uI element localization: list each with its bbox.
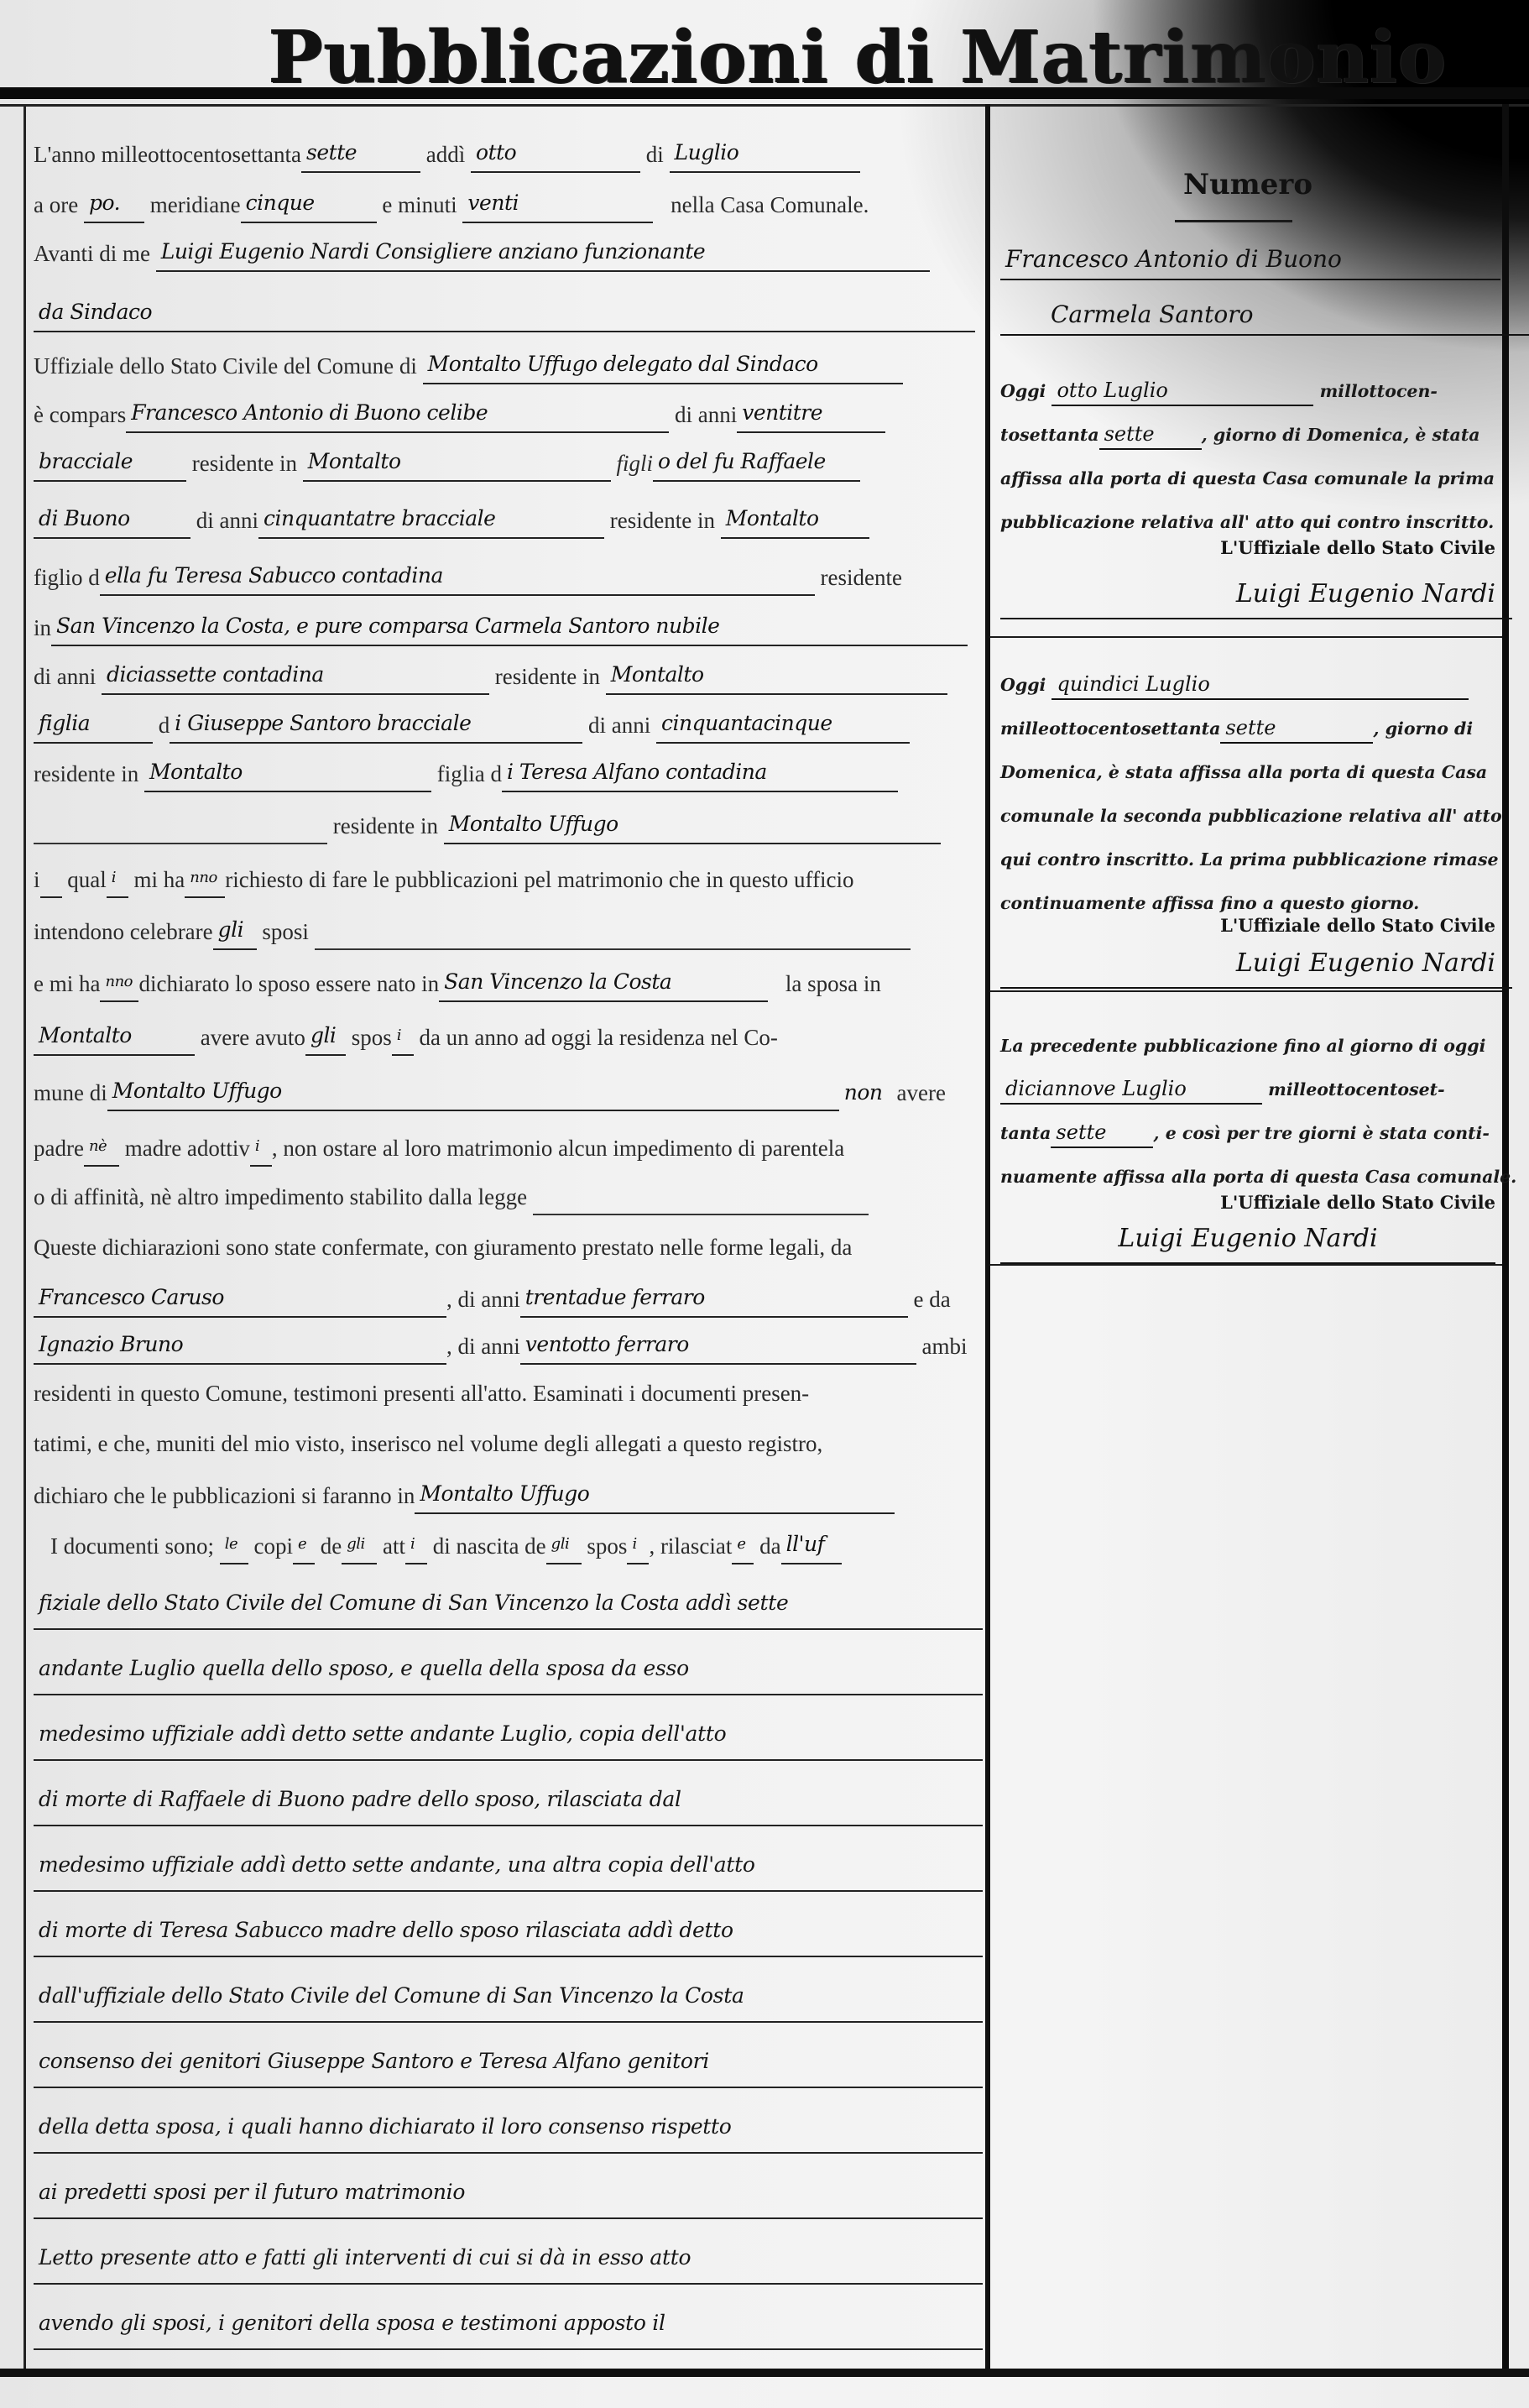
- blank-fill: [34, 817, 327, 844]
- printed-text: , di anni: [446, 1281, 520, 1318]
- second-publication-line-5: qui contro inscritto. La prima pubblicaz…: [1000, 838, 1495, 881]
- handwritten-suffix: nno: [185, 859, 225, 898]
- handwritten-bride-mother: i Teresa Alfano contadina: [502, 754, 898, 792]
- printed-text: di anni: [675, 396, 737, 433]
- handwritten-second-publication-date: quindici Luglio: [1052, 670, 1469, 700]
- printed-text: avere avuto: [201, 1019, 305, 1056]
- printed-text: meridiane: [150, 186, 241, 223]
- printed-text: , rilasciat: [649, 1528, 732, 1564]
- handwritten-father-surname: di Buono: [34, 500, 190, 539]
- handwritten-father-residence: Montalto: [721, 500, 869, 539]
- handwritten-article: gli: [213, 911, 257, 950]
- handwritten-suffix: e: [732, 1526, 754, 1564]
- printed-text: copi: [253, 1528, 293, 1564]
- handwritten-non: non: [839, 1074, 891, 1111]
- form-line-adoptive: padrenè madre adottivi, non ostare al lo…: [34, 1128, 978, 1165]
- handwritten-issuer: ll'uf: [781, 1526, 842, 1564]
- form-line-officer: Avanti di me Luigi Eugenio Nardi Consigl…: [34, 233, 978, 270]
- printed-text: mi ha: [134, 861, 185, 898]
- printed-text: di nascita de: [433, 1528, 546, 1564]
- printed-text: Avanti di me: [34, 235, 150, 272]
- handwritten-hour-period: po.: [84, 185, 144, 223]
- top-rule-thin: [0, 104, 1529, 107]
- handwritten-witness-2-name: Ignazio Bruno: [34, 1326, 446, 1365]
- handwritten-minutes: venti: [462, 185, 653, 223]
- form-line-father-age: di Buono di annicinquantatre bracciale r…: [34, 500, 978, 537]
- form-line-officer-cont: da Sindaco: [34, 294, 978, 331]
- handwritten-row: Letto presente atto e fatti gli interven…: [34, 2233, 983, 2285]
- form-line-groom: è comparsFrancesco Antonio di Buono celi…: [34, 394, 978, 431]
- handwritten-bride-birthplace: Montalto: [34, 1017, 195, 1056]
- handwritten-father-age: cinquantatre bracciale: [258, 500, 604, 539]
- printed-text: e minuti: [382, 186, 457, 223]
- officer-signature: Luigi Eugenio Nardi: [1000, 1215, 1495, 1264]
- printed-text: spos: [587, 1528, 627, 1564]
- handwritten-suffix: le: [220, 1526, 248, 1564]
- form-line-publication-place: dichiaro che le pubblicazioni si faranno…: [34, 1476, 978, 1512]
- printed-text: mune di: [34, 1074, 107, 1111]
- blank-fill: [315, 923, 911, 950]
- handwritten-suffix: i: [392, 1017, 414, 1056]
- officer-signature: Luigi Eugenio Nardi: [1000, 940, 1512, 989]
- form-line-mother: figlio della fu Teresa Sabucco contadina…: [34, 557, 978, 594]
- printed-text: I documenti sono;: [50, 1528, 214, 1564]
- officer-label: L'Uffiziale dello Stato Civile: [1000, 1192, 1529, 1213]
- handwritten-article: gli: [305, 1017, 346, 1056]
- right-frame-border: [1502, 104, 1509, 2370]
- form-line-documents-examined: tatimi, e che, muniti del mio visto, ins…: [34, 1425, 978, 1462]
- handwritten-witness-1-age: trentadue ferraro: [520, 1279, 908, 1318]
- handwritten-bride-name: San Vincenzo la Costa, e pure comparsa C…: [51, 608, 968, 646]
- handwritten-groom-name: Francesco Antonio di Buono celibe: [126, 394, 669, 433]
- form-line-birthplace: e mi hannodichiarato lo sposo essere nat…: [34, 964, 978, 1000]
- printed-text: , e così per tre giorni è stata conti-: [1153, 1123, 1489, 1143]
- handwritten-row: fiziale dello Stato Civile del Comune di…: [34, 1578, 983, 1630]
- printed-text: residenti in questo Comune, testimoni pr…: [34, 1375, 809, 1412]
- printed-text: residente in: [192, 445, 297, 482]
- form-line-bride-age: di anni diciassette contadina residente …: [34, 656, 978, 693]
- handwritten-comune: Montalto Uffugo delegato dal Sindaco: [423, 346, 903, 384]
- printed-text: addì: [426, 136, 466, 173]
- printed-text: e mi ha: [34, 965, 100, 1002]
- printed-text: tosettanta: [1000, 425, 1099, 445]
- section-divider: [990, 1264, 1502, 1266]
- handwritten-bride-mother-residence: Montalto Uffugo: [444, 806, 941, 844]
- printed-text: att: [383, 1528, 405, 1564]
- printed-text: intendono celebrare: [34, 913, 213, 950]
- printed-text: figlio d: [34, 559, 100, 596]
- handwritten-row: ai predetti sposi per il futuro matrimon…: [34, 2167, 983, 2219]
- printed-text: dichiaro che le pubblicazioni si faranno…: [34, 1477, 415, 1514]
- printed-text: padre: [34, 1130, 84, 1167]
- second-publication-line-2: milleottocentosettantasette, giorno di: [1000, 707, 1495, 750]
- handwritten-groom-mother: ella fu Teresa Sabucco contadina: [100, 557, 815, 596]
- handwritten-final-date: diciannove Luglio: [1000, 1074, 1262, 1105]
- printed-text: de: [321, 1528, 342, 1564]
- handwritten-suffix: [40, 896, 62, 898]
- number-underline: [1175, 220, 1292, 222]
- final-note-line-3: tantasette, e così per tre giorni è stat…: [1000, 1111, 1495, 1155]
- printed-text: e da: [914, 1281, 951, 1318]
- form-line-witness-1: Francesco Caruso, di annitrentadue ferra…: [34, 1279, 978, 1316]
- printed-text: a ore: [34, 186, 78, 223]
- handwritten-second-publication-year: sette: [1220, 713, 1373, 744]
- printed-text: madre adottiv: [125, 1130, 250, 1167]
- printed-text: d: [159, 707, 170, 744]
- handwritten-bride-father-age: cinquantacinque: [656, 705, 910, 744]
- final-note-line-2: diciannove Luglio milleottocentoset-: [1000, 1068, 1495, 1111]
- handwritten-bride-father: i Giuseppe Santoro bracciale: [170, 705, 582, 744]
- printed-text: è compars: [34, 396, 126, 433]
- handwritten-suffix: i: [627, 1526, 649, 1564]
- printed-text: spos: [352, 1019, 392, 1056]
- printed-text: da: [759, 1528, 780, 1564]
- printed-text: figli: [616, 445, 653, 482]
- printed-text: di anni: [196, 502, 258, 539]
- officer-signature: Luigi Eugenio Nardi: [1000, 571, 1512, 619]
- section-divider: [990, 990, 1502, 992]
- final-note-line-1: La precedente pubblicazione fino al gior…: [1000, 1024, 1495, 1068]
- printed-text: richiesto di fare le pubblicazioni pel m…: [225, 861, 853, 898]
- handwritten-row: di morte di Teresa Sabucco madre dello s…: [34, 1905, 983, 1957]
- left-frame-border: [23, 104, 26, 2370]
- record-number: Numero: [1000, 168, 1495, 201]
- officer-label: L'Uffiziale dello Stato Civile: [1000, 915, 1529, 936]
- printed-text: residente in: [495, 658, 600, 695]
- handwritten-officer-name: Luigi Eugenio Nardi Consigliere anziano …: [156, 233, 930, 272]
- handwritten-groom-age: ventitre: [737, 394, 885, 433]
- handwritten-residence-comune: Montalto Uffugo: [107, 1073, 839, 1111]
- printed-text: ambi: [922, 1328, 968, 1365]
- printed-text: nella Casa Comunale.: [671, 186, 869, 223]
- printed-text: residente in: [333, 807, 438, 844]
- form-line-affinity: o di affinità, nè altro impedimento stab…: [34, 1178, 978, 1215]
- second-publication-line-4: comunale la seconda pubblicazione relati…: [1000, 794, 1495, 838]
- handwritten-suffix: gli: [342, 1526, 377, 1564]
- handwritten-publication-place: Montalto Uffugo: [415, 1476, 895, 1514]
- printed-text: residente in: [34, 755, 138, 792]
- form-line-bride-mother-residence: residente in Montalto Uffugo: [34, 806, 978, 843]
- handwritten-bride-residence: Montalto: [606, 656, 947, 695]
- handwritten-final-year: sette: [1051, 1118, 1153, 1148]
- form-line-residence-year: Montalto avere avutogli sposi da un anno…: [34, 1017, 978, 1054]
- handwritten-groom-birthplace: San Vincenzo la Costa: [439, 964, 768, 1002]
- second-publication-line-1: Oggi quindici Luglio: [1000, 663, 1495, 707]
- printed-text: , giorno di: [1373, 718, 1473, 739]
- section-divider: [990, 636, 1502, 638]
- form-line-bride-father: figlia di Giuseppe Santoro bracciale di …: [34, 705, 978, 742]
- handwritten-ne: nè: [84, 1128, 119, 1167]
- form-line-comune-residence: mune diMontalto Uffugonon avere: [34, 1073, 978, 1110]
- handwritten-row: andante Luglio quella dello sposo, e que…: [34, 1643, 983, 1695]
- handwritten-row: della detta sposa, i quali hanno dichiar…: [34, 2102, 983, 2154]
- printed-text: qual: [67, 861, 107, 898]
- handwritten-first-publication-date: otto Luglio: [1052, 376, 1313, 406]
- handwritten-witness-1-name: Francesco Caruso: [34, 1279, 446, 1318]
- printed-text: Queste dichiarazioni sono state conferma…: [34, 1229, 852, 1266]
- printed-text: millottocen-: [1320, 381, 1438, 401]
- blank-fill: [533, 1188, 869, 1215]
- printed-text: milleottocentoset-: [1268, 1079, 1445, 1100]
- handwritten-bride-age: diciassette contadina: [102, 656, 489, 695]
- officer-label: L'Uffiziale dello Stato Civile: [1000, 537, 1529, 558]
- printed-text: Oggi: [1000, 675, 1046, 695]
- printed-text: L'anno milleottocentosettanta: [34, 136, 301, 173]
- handwritten-year: sette: [301, 134, 420, 173]
- printed-text: in: [34, 609, 51, 646]
- handwritten-groom-residence: Montalto: [303, 443, 611, 482]
- handwritten-month: Luglio: [670, 134, 860, 173]
- printed-text: tanta: [1000, 1123, 1051, 1143]
- printed-text: di: [646, 136, 664, 173]
- form-line-bride: inSan Vincenzo la Costa, e pure comparsa…: [34, 608, 978, 645]
- printed-text: sposi: [262, 913, 309, 950]
- handwritten-suffix: gli: [546, 1526, 582, 1564]
- form-line-bride-mother: residente in Montalto figlia di Teresa A…: [34, 754, 978, 791]
- first-publication-line-3: affissa alla porta di questa Casa comuna…: [1000, 457, 1495, 500]
- form-line-year: L'anno milleottocentosettantasette addì …: [34, 134, 978, 171]
- printed-text: i: [34, 861, 40, 898]
- printed-text: , giorno di Domenica, è stata: [1202, 425, 1480, 445]
- handwritten-suffix: e: [293, 1526, 315, 1564]
- printed-text: avere: [897, 1074, 946, 1111]
- printed-text: , non ostare al loro matrimonio alcun im…: [272, 1130, 844, 1167]
- handwritten-groom-profession: bracciale: [34, 443, 186, 482]
- printed-text: milleottocentosettanta: [1000, 718, 1220, 739]
- handwritten-row: dall'uffiziale dello Stato Civile del Co…: [34, 1971, 983, 2023]
- form-line-residents: residenti in questo Comune, testimoni pr…: [34, 1375, 978, 1412]
- first-publication-line-2: tosettantasette, giorno di Domenica, è s…: [1000, 413, 1495, 457]
- handwritten-hour: cinque: [241, 185, 377, 223]
- form-line-time: a ore po. meridianecinque e minuti venti…: [34, 185, 978, 222]
- top-double-rule: [0, 87, 1529, 99]
- second-publication-line-3: Domenica, è stata affissa alla porta di …: [1000, 750, 1495, 794]
- handwritten-row: consenso dei genitori Giuseppe Santoro e…: [34, 2036, 983, 2088]
- handwritten-suffix: i: [405, 1526, 427, 1564]
- handwritten-groom-father: o del fu Raffaele: [653, 443, 860, 482]
- handwritten-first-publication-year: sette: [1099, 420, 1202, 450]
- printed-text: residente in: [610, 502, 715, 539]
- handwritten-figlia: figlia: [34, 705, 153, 744]
- printed-text: da un anno ad oggi la residenza nel Co-: [419, 1019, 777, 1056]
- handwritten-suffix: i: [107, 859, 128, 898]
- form-line-witness-2: Ignazio Bruno, di anniventotto ferraro a…: [34, 1326, 978, 1363]
- printed-text: dichiarato lo sposo essere nato in: [138, 965, 439, 1002]
- printed-text: o di affinità, nè altro impedimento stab…: [34, 1178, 527, 1215]
- handwritten-row: avendo gli sposi, i genitori della sposa…: [34, 2298, 983, 2350]
- handwritten-suffix: nno: [100, 964, 138, 1002]
- first-publication-line-1: Oggi otto Luglio millottocen-: [1000, 369, 1495, 413]
- handwritten-bride-father-residence: Montalto: [144, 754, 431, 792]
- form-line-celebrate: intendono celebraregli sposi: [34, 911, 978, 948]
- printed-text: di anni: [588, 707, 650, 744]
- printed-text: Oggi: [1000, 381, 1046, 401]
- record-number-label: Numero: [1183, 168, 1312, 201]
- handwritten-day: otto: [471, 134, 640, 173]
- handwritten-row: di morte di Raffaele di Buono padre dell…: [34, 1774, 983, 1826]
- form-line-declarations: Queste dichiarazioni sono state conferma…: [34, 1229, 978, 1266]
- handwritten-row: medesimo uffiziale addì detto sette anda…: [34, 1840, 983, 1892]
- form-line-groom-residence: bracciale residente in Montalto figlio d…: [34, 443, 978, 480]
- groom-name-summary: Francesco Antonio di Buono: [1000, 240, 1500, 280]
- form-line-request: i quali mi hannorichiesto di fare le pub…: [34, 859, 978, 896]
- column-separator: [985, 104, 990, 2370]
- printed-text: figlia d: [437, 755, 502, 792]
- printed-text: residente: [821, 559, 902, 596]
- printed-text: Uffiziale dello Stato Civile del Comune …: [34, 347, 417, 384]
- printed-text: la sposa in: [785, 965, 881, 1002]
- handwritten-witness-2-age: ventotto ferraro: [520, 1326, 916, 1365]
- bottom-rule: [0, 2369, 1529, 2377]
- printed-text: , di anni: [446, 1328, 520, 1365]
- bride-name-summary: Carmela Santoro: [1000, 295, 1529, 336]
- handwritten-suffix: i: [250, 1128, 272, 1167]
- handwritten-row: medesimo uffiziale addì detto sette anda…: [34, 1709, 983, 1761]
- form-line-documents: I documenti sono; le copie degli atti di…: [34, 1526, 978, 1563]
- printed-text: tatimi, e che, muniti del mio visto, ins…: [34, 1425, 822, 1462]
- printed-text: di anni: [34, 658, 96, 695]
- handwritten-officer-role: da Sindaco: [34, 294, 975, 332]
- form-line-comune: Uffiziale dello Stato Civile del Comune …: [34, 346, 978, 383]
